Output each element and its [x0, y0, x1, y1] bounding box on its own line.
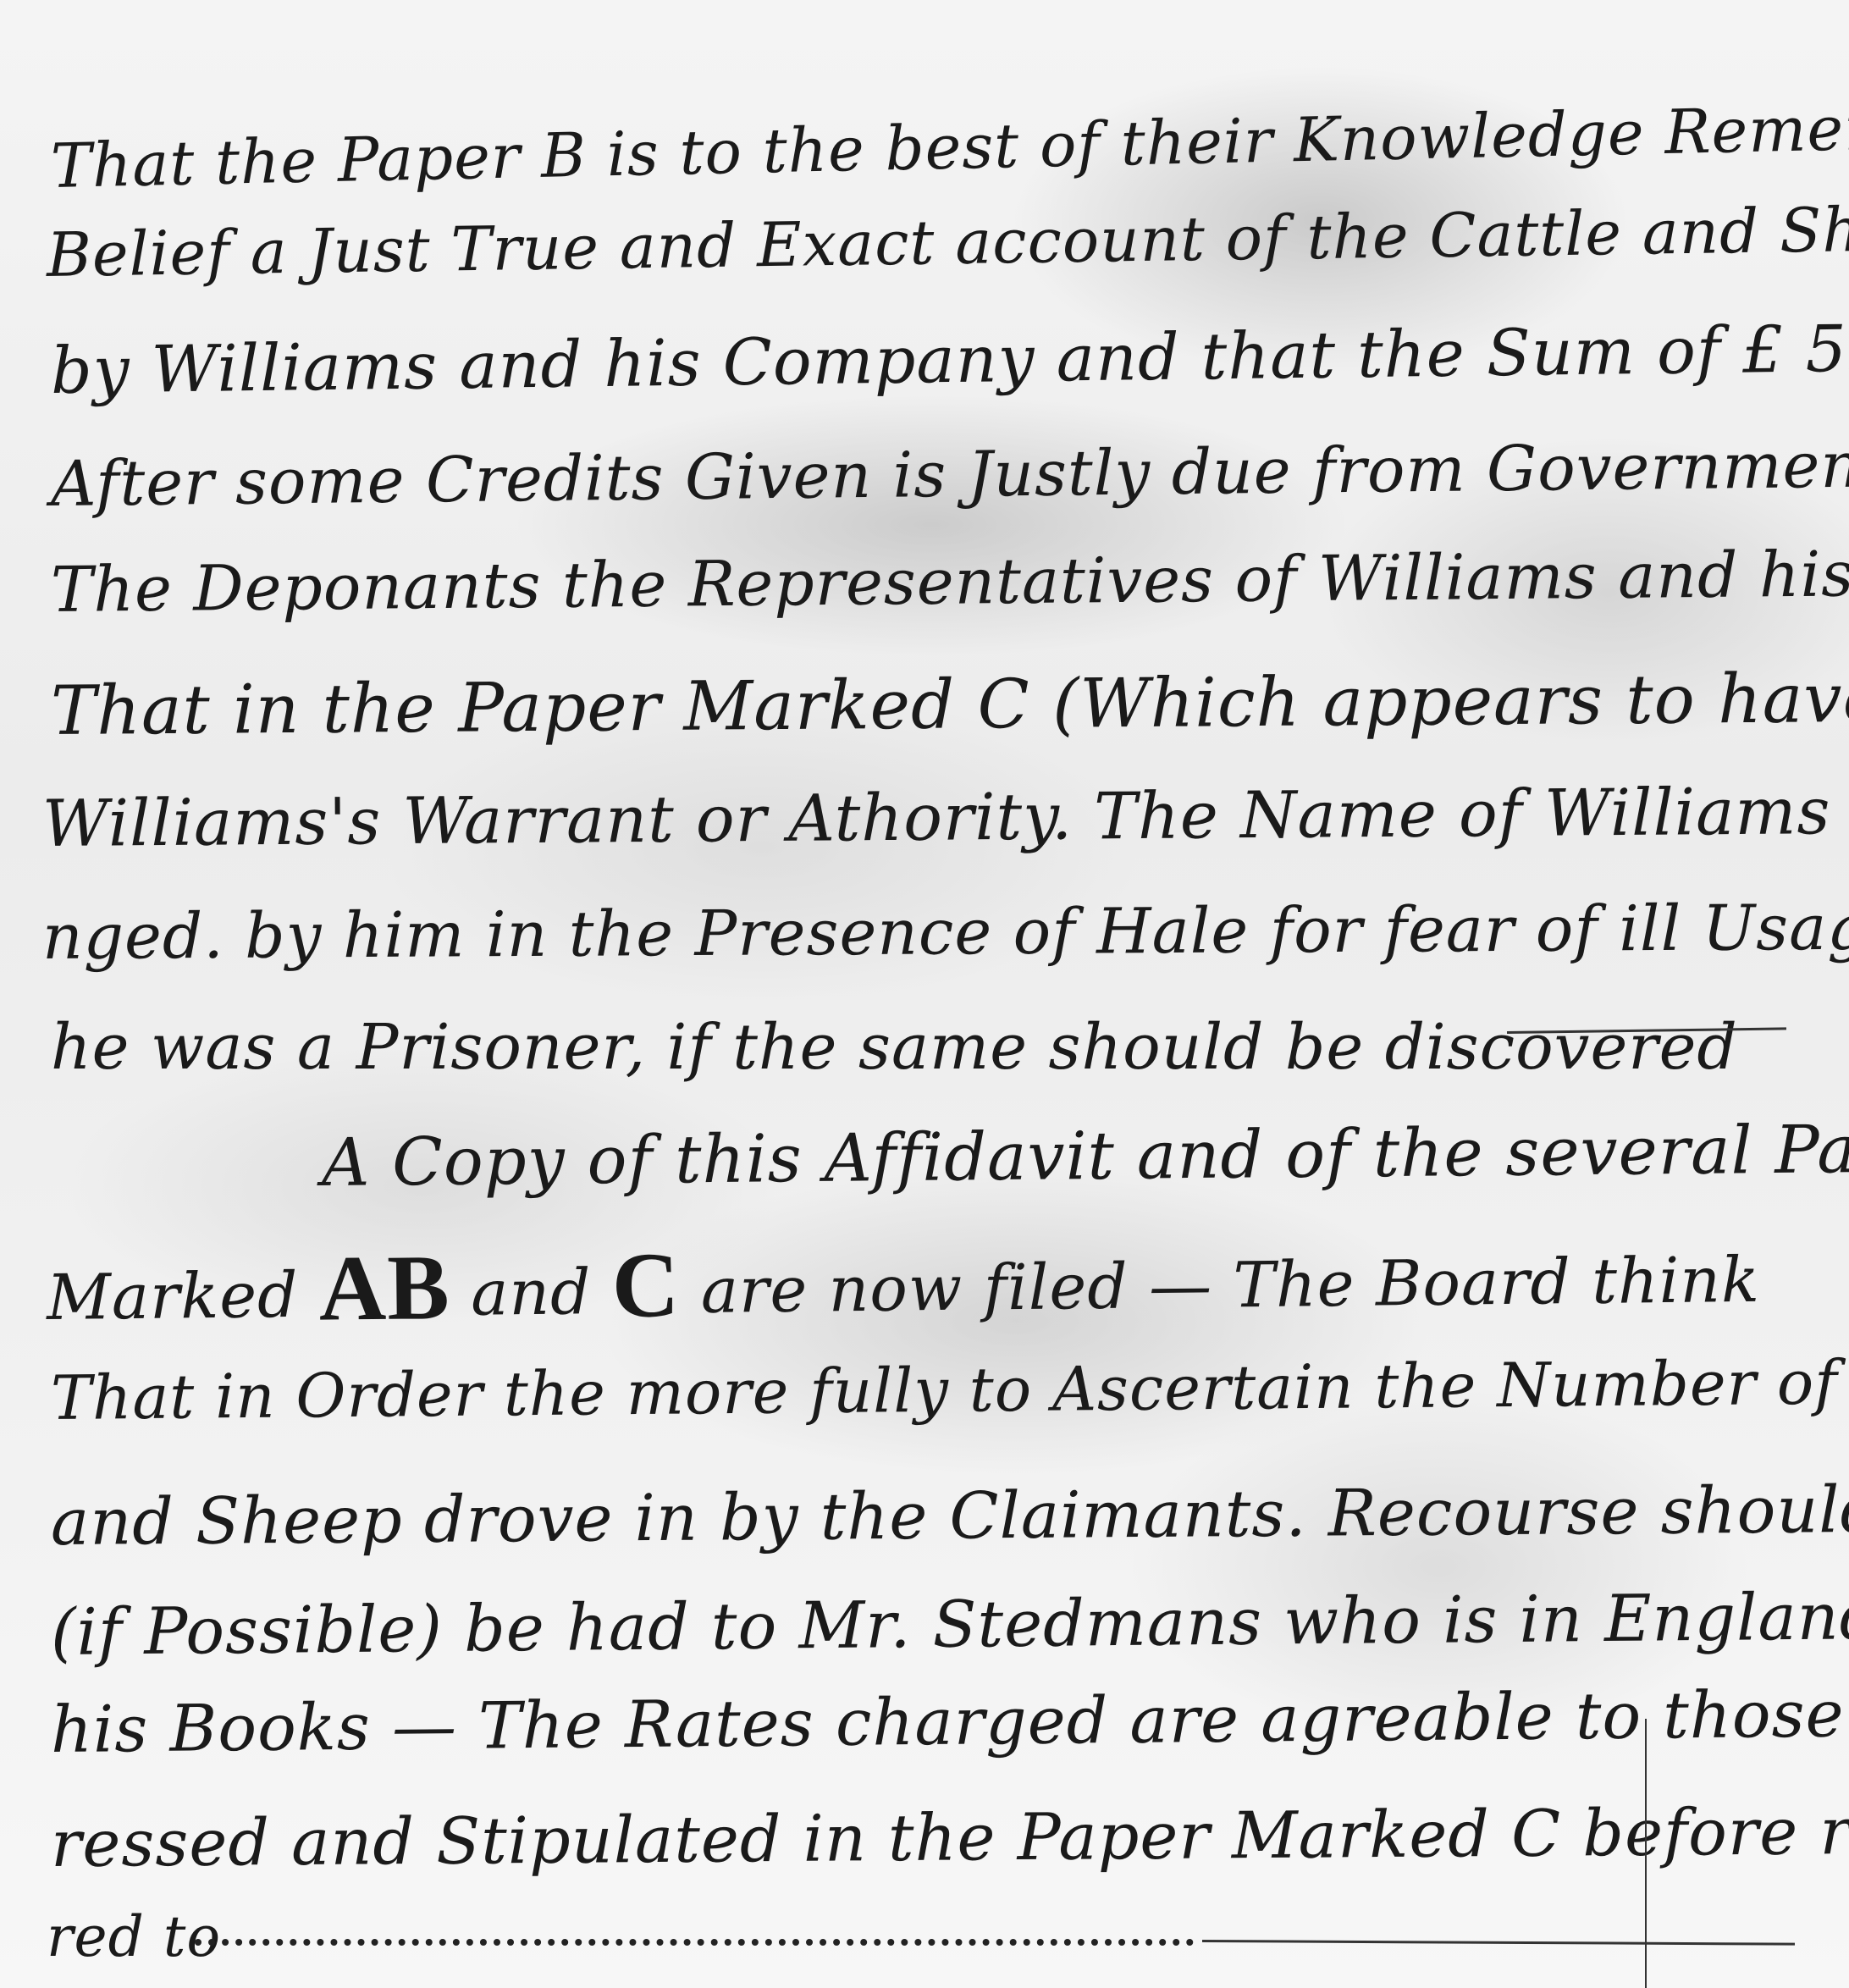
line-text: he was a Prisoner, if the same should be…: [51, 1011, 1738, 1084]
text-line-12: That in Order the more fully to Ascertai…: [51, 1350, 1849, 1428]
line-text: Belief a Just True and Exact account of …: [46, 190, 1849, 290]
filed-text: are now filed — The Board think: [680, 1244, 1760, 1328]
dotted-leader: [195, 1939, 1194, 1946]
line-text: That in Order the more fully to Ascertai…: [51, 1345, 1849, 1433]
text-line-16: ressed and Stipulated in the Paper Marke…: [51, 1798, 1849, 1876]
text-line-14: (if Possible) be had to Mr. Stedmans who…: [51, 1583, 1849, 1665]
line-text: A Copy of this Affidavit and of the seve…: [322, 1111, 1849, 1201]
line-text: his Books — The Rates charged are agreab…: [51, 1675, 1849, 1767]
line-text: After some Credits Given is Justly due f…: [51, 427, 1849, 521]
line-text: That the Paper B is to the best of their…: [50, 84, 1849, 202]
text-line-15: his Books — The Rates charged are agreab…: [51, 1681, 1849, 1762]
text-line-13: and Sheep drove in by the Claimants. Rec…: [51, 1477, 1849, 1555]
text-line-8: nged. by him in the Presence of Hale for…: [42, 895, 1849, 969]
document-page: That the Paper B is to the best of their…: [0, 0, 1849, 1988]
connector: and: [450, 1256, 612, 1330]
closing-rule: [1202, 1940, 1795, 1946]
marked-letter-c: C: [611, 1233, 681, 1337]
marked-letters-ab: AB: [318, 1235, 450, 1340]
line-text: Williams's Warrant or Athority. The Name…: [42, 771, 1849, 861]
text-line-4: After some Credits Given is Justly due f…: [51, 432, 1849, 516]
text-line-5: The Deponants the Representatives of Wil…: [51, 540, 1849, 621]
line-text: ressed and Stipulated in the Paper Marke…: [51, 1792, 1849, 1881]
marked-label: Marked: [47, 1259, 320, 1334]
line-text: That in the Paper Marked C (Which appear…: [51, 657, 1849, 750]
line-text: red to: [47, 1904, 221, 1969]
text-line-17: red to: [47, 1909, 221, 1965]
line-text: by Williams and his Company and that the…: [50, 309, 1849, 408]
margin-vertical-mark: [1645, 1719, 1647, 1988]
line-text: nged. by him in the Presence of Hale for…: [42, 890, 1849, 974]
text-line-11: Marked AB and C are now filed — The Boar…: [46, 1227, 1760, 1338]
text-line-7: Williams's Warrant or Athority. The Name…: [42, 777, 1849, 856]
text-line-9: he was a Prisoner, if the same should be…: [51, 1016, 1738, 1079]
line-text: The Deponants the Representatives of Wil…: [51, 535, 1849, 627]
text-line-2: Belief a Just True and Exact account of …: [46, 195, 1849, 285]
text-line-6: That in the Paper Marked C (Which appear…: [51, 663, 1849, 745]
text-line-10: A Copy of this Affidavit and of the seve…: [322, 1116, 1849, 1196]
line-text: (if Possible) be had to Mr. Stedmans who…: [51, 1577, 1849, 1670]
text-line-3: by Williams and his Company and that the…: [51, 315, 1849, 403]
text-line-1: That the Paper B is to the best of their…: [50, 89, 1849, 196]
line-text: and Sheep drove in by the Claimants. Rec…: [51, 1472, 1849, 1560]
